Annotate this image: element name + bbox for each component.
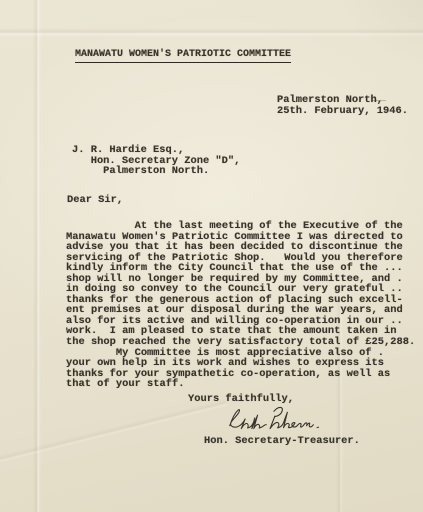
text-line: the shop reached the very satisfactory t… xyxy=(66,337,415,348)
paper-crease-horizontal-top xyxy=(0,28,423,37)
text-line: that of your staff. xyxy=(66,379,415,390)
salutation: Dear Sir, xyxy=(67,195,123,206)
paper-crease-diagonal-bottom xyxy=(0,399,227,470)
paper-crease-vertical-left xyxy=(33,0,41,512)
paper-shading-top-right xyxy=(330,0,423,70)
signature-handwriting xyxy=(224,403,320,435)
letter-body: At the last meeting of the Executive of … xyxy=(66,221,415,390)
recipient-address: J. R. Hardie Esq., Hon. Secretary Zone "… xyxy=(72,145,240,177)
signature-typed-title: Hon. Secretary-Treasurer. xyxy=(204,436,360,447)
letter-title: MANAWATU WOMEN'S PATRIOTIC COMMITTEE xyxy=(75,50,291,63)
text-line: Palmerston North. xyxy=(72,166,240,177)
text-line: Palmerston North, xyxy=(277,95,408,106)
text-line: At the last meeting of the Executive of … xyxy=(66,221,415,232)
dateline: Palmerston North,25th. February, 1946. xyxy=(277,95,408,116)
text-line: J. R. Hardie Esq., xyxy=(72,145,240,156)
text-line: 25th. February, 1946. xyxy=(277,106,408,117)
letter-page: MANAWATU WOMEN'S PATRIOTIC COMMITTEE Pal… xyxy=(0,0,423,512)
